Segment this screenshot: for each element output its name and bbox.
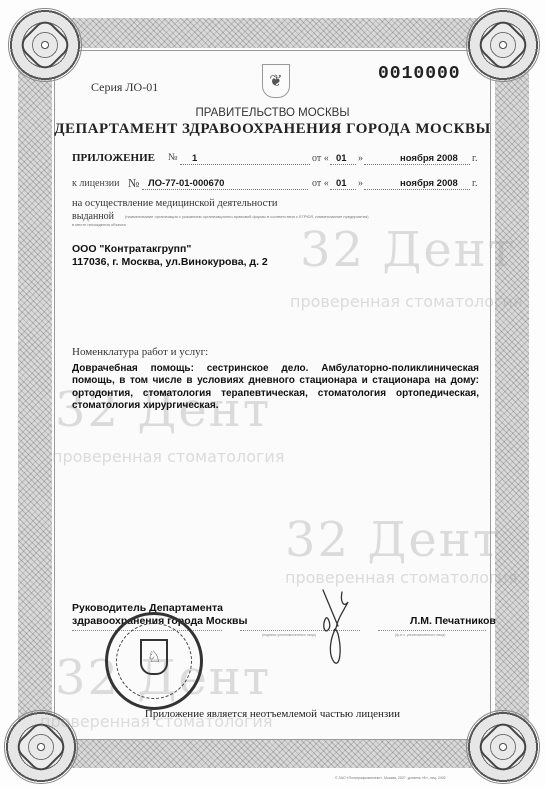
appendix-day: 01	[336, 153, 347, 164]
license-appendix-page: 32 Дент проверенная стоматология 32 Дент…	[0, 0, 545, 788]
name-caption: (ф.и.о. уполномоченного лица)	[395, 633, 445, 637]
printer-imprint: © ЗАО «Полиграфкомплекс», Москва, 2007, …	[335, 776, 446, 780]
from-label: от «	[312, 178, 329, 189]
form-number: 0010000	[378, 64, 461, 84]
license-purpose: на осуществление медицинской деятельност…	[72, 198, 278, 209]
license-number: ЛО-77-01-000670	[148, 178, 224, 189]
number-sign: №	[168, 152, 178, 163]
appendix-label: ПРИЛОЖЕНИЕ	[72, 152, 155, 164]
series-label: Серия ЛО-01	[91, 80, 158, 95]
license-day: 01	[336, 178, 347, 189]
day-close: »	[358, 178, 363, 189]
nomenclature-text: Доврачебная помощь: сестринское дело. Ам…	[72, 363, 479, 412]
footer-note: Приложение является неотъемлемой частью …	[0, 708, 545, 720]
issued-hint-line2: в месте нахождения объекта	[72, 222, 126, 227]
day-close: »	[358, 153, 363, 164]
issued-label: выданной	[72, 211, 114, 222]
corner-rosette-icon	[8, 8, 82, 82]
border-ornament-top	[40, 18, 505, 48]
organization-address: 117036, г. Москва, ул.Винокурова, д. 2	[72, 256, 268, 268]
number-sign: №	[128, 176, 139, 191]
name-line	[378, 630, 486, 631]
year-suffix: г.	[472, 153, 477, 164]
underline	[180, 152, 310, 165]
handwritten-signature-icon	[320, 588, 360, 670]
russian-coat-of-arms-icon: ❦	[262, 64, 290, 98]
nomenclature-label: Номенклатура работ и услуг:	[72, 346, 208, 358]
signature-caption: (подпись уполномоченного лица)	[262, 633, 316, 637]
corner-rosette-icon	[4, 710, 78, 784]
signatory-name: Л.М. Печатников	[410, 615, 496, 627]
organization-name: ООО "Контратакгрупп"	[72, 243, 191, 255]
license-label: к лицензии	[72, 178, 120, 189]
border-ornament-left	[18, 40, 52, 750]
official-seal-icon: ♘	[105, 612, 203, 710]
appendix-number: 1	[192, 153, 197, 164]
from-label: от «	[312, 153, 329, 164]
appendix-month-year: ноября 2008	[400, 153, 458, 164]
year-suffix: г.	[472, 178, 477, 189]
appendix-row: ПРИЛОЖЕНИЕ № 1 от « 01 » ноября 2008 г.	[72, 152, 480, 168]
department-title: ДЕПАРТАМЕНТ ЗДРАВООХРАНЕНИЯ ГОРОДА МОСКВ…	[0, 121, 545, 138]
corner-rosette-icon	[466, 710, 540, 784]
corner-rosette-icon	[466, 8, 540, 82]
license-month-year: ноября 2008	[400, 178, 458, 189]
border-ornament-right	[495, 40, 529, 750]
government-name: ПРАВИТЕЛЬСТВО МОСКВЫ	[0, 107, 545, 119]
issued-hint: (наименование организации с указанием ор…	[125, 214, 485, 219]
license-row: к лицензии № ЛО-77-01-000670 от « 01 » н…	[72, 177, 480, 193]
border-ornament-bottom	[40, 738, 505, 768]
moscow-coat-of-arms-icon: ♘	[140, 639, 168, 675]
